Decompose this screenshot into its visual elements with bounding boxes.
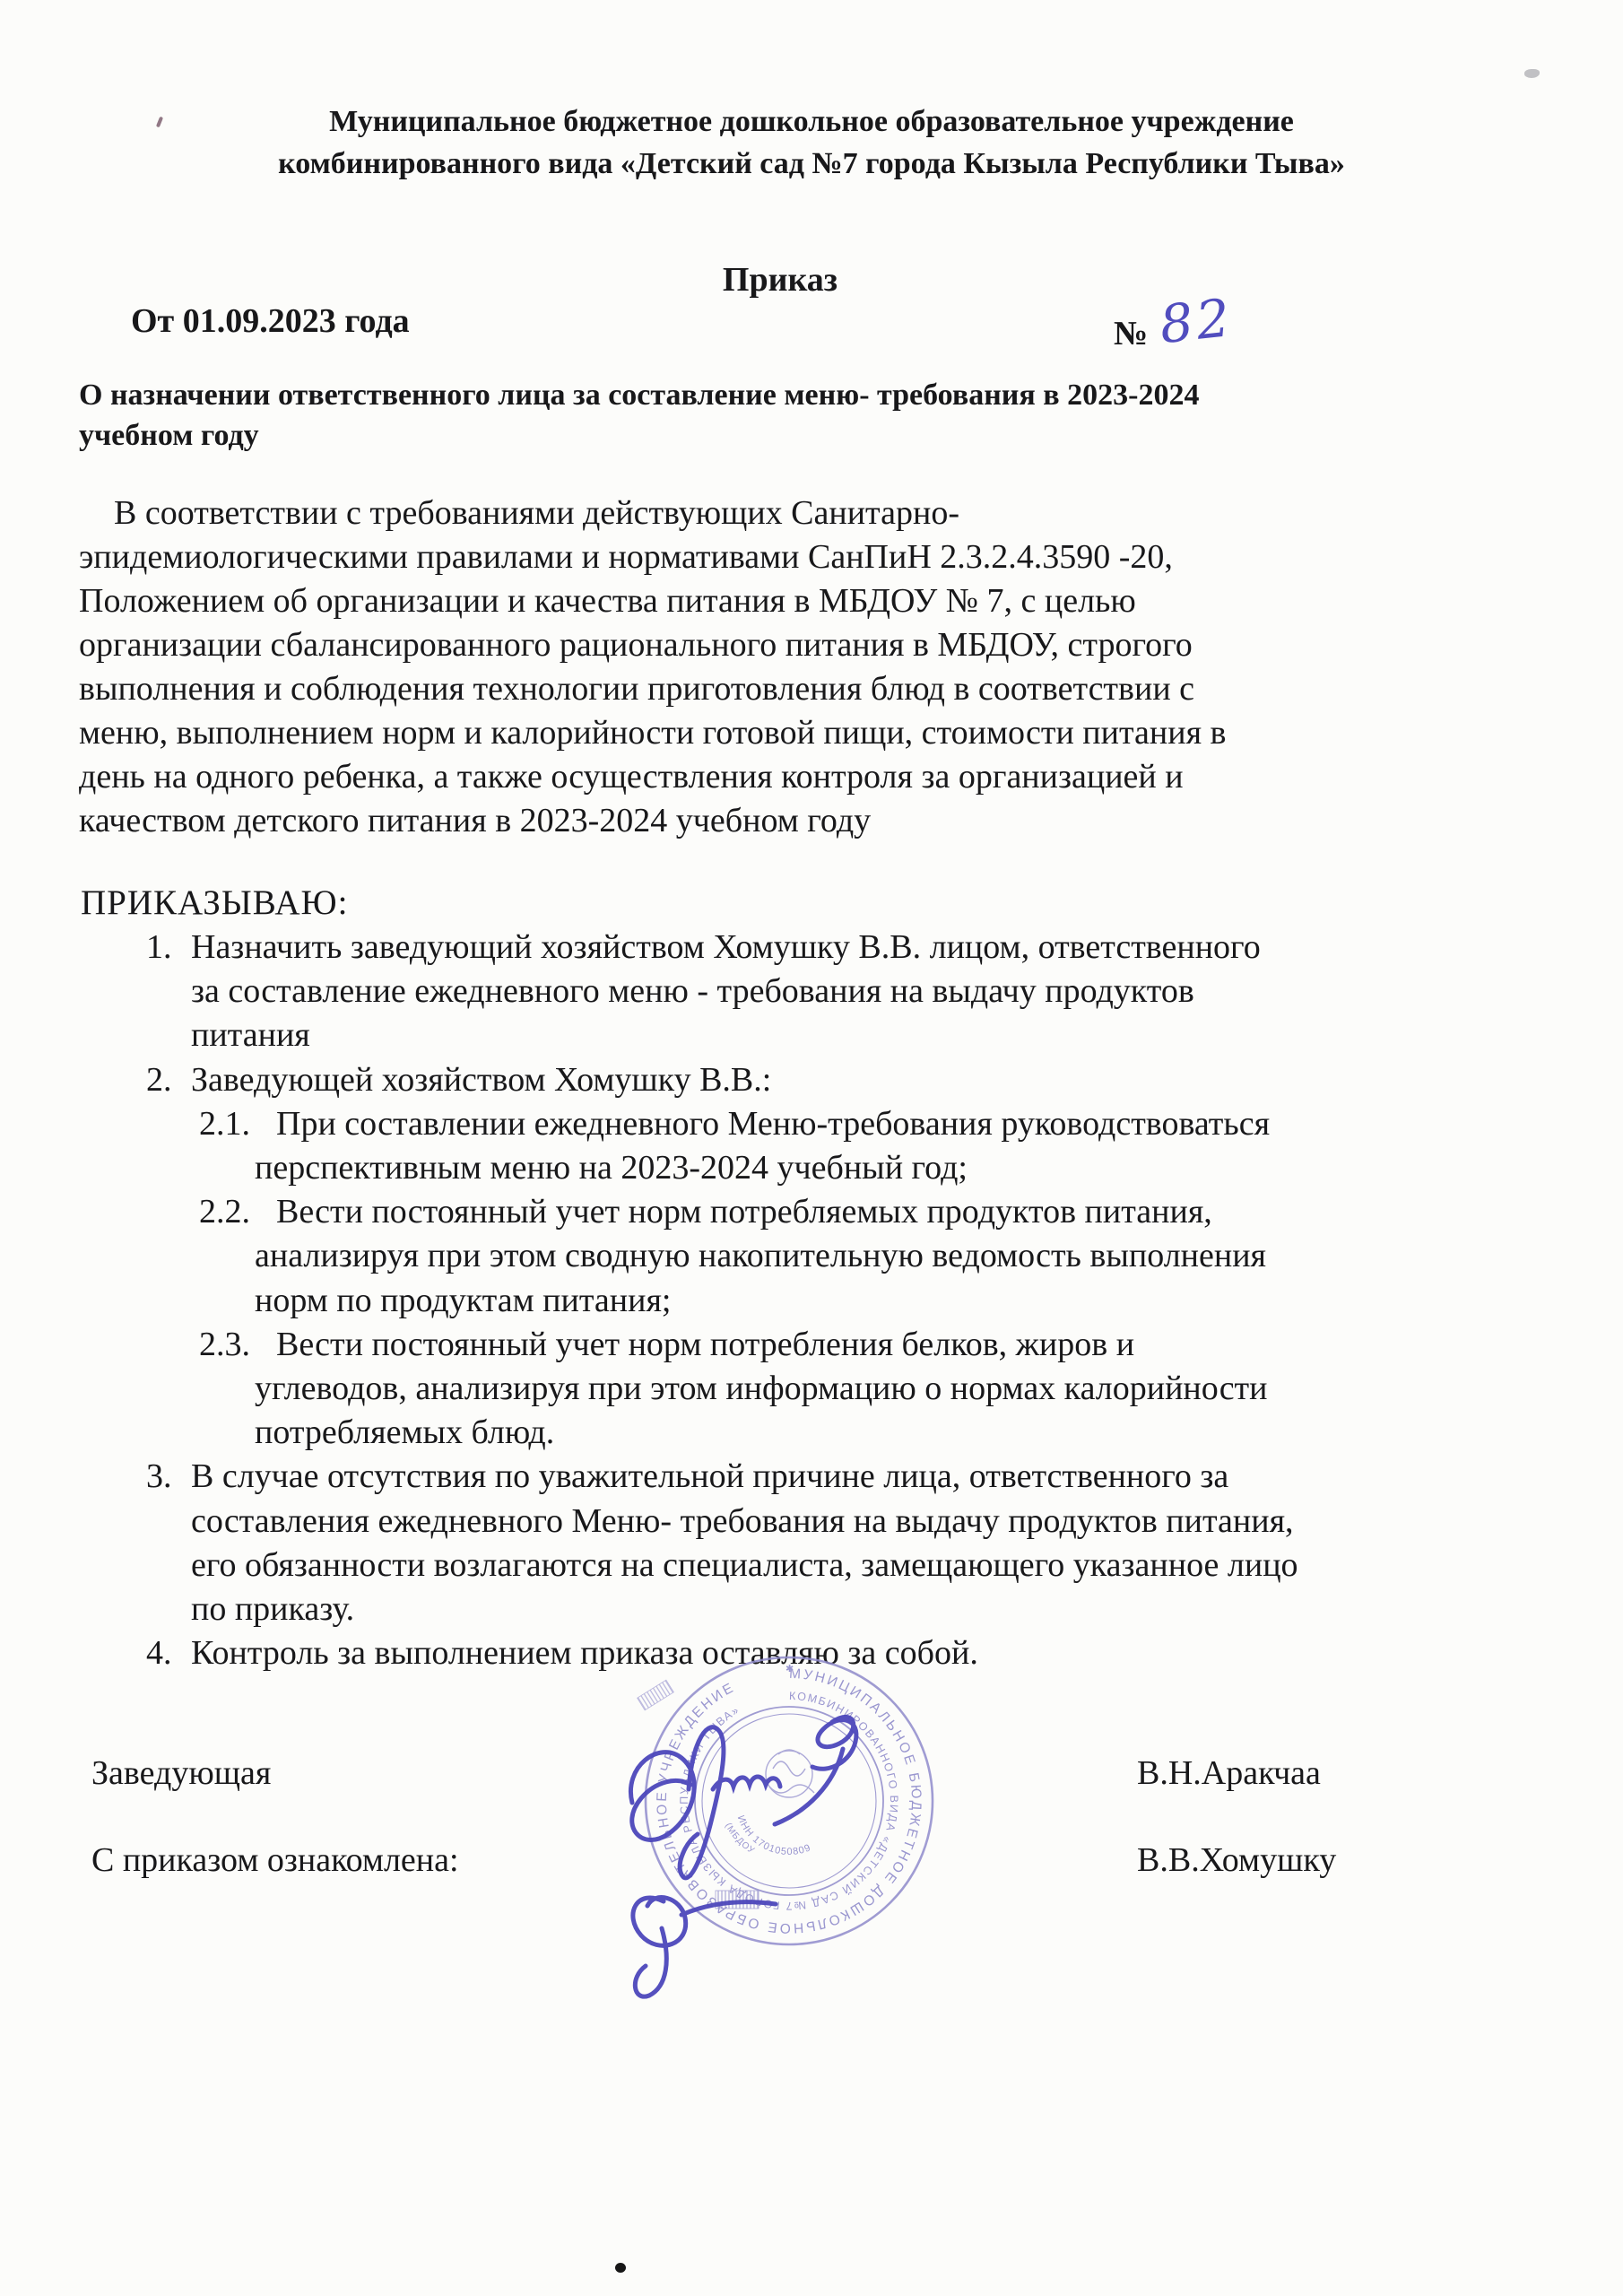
item-number: 2.1. xyxy=(199,1102,276,1146)
preamble-line: меню, выполнением норм и калорийности го… xyxy=(79,711,1227,755)
order-items-list: 1.Назначить заведующий хозяйством Хомушк… xyxy=(0,926,1623,1675)
stamp-hatch-upper xyxy=(638,1680,674,1710)
order-number-handwritten: 82 xyxy=(1157,287,1236,355)
item-text: потребляемых блюд. xyxy=(0,1411,1623,1455)
preamble-line: качеством детского питания в 2023-2024 у… xyxy=(79,799,1227,843)
list-item: 1.Назначить заведующий хозяйством Хомушк… xyxy=(0,926,1623,970)
item-number: 2. xyxy=(146,1058,191,1102)
item-text: норм по продуктам питания; xyxy=(0,1279,1623,1323)
item-text: перспективным меню на 2023-2024 учебный … xyxy=(0,1146,1623,1190)
item-text: Вести постоянный учет норм потребления б… xyxy=(276,1326,1134,1363)
item-number: 1. xyxy=(146,926,191,970)
subject-line2: учебном году xyxy=(79,415,1199,456)
subject-line1: О назначении ответственного лица за сост… xyxy=(79,375,1199,415)
item-text: При составлении ежедневного Меню-требова… xyxy=(276,1105,1270,1143)
institution-name-line2: комбинированного вида «Детский сад №7 го… xyxy=(0,143,1623,185)
order-subject: О назначении ответственного лица за сост… xyxy=(79,375,1199,456)
signature-label-acknowledged: С приказом ознакомлена: xyxy=(91,1840,459,1880)
item-text: анализируя при этом сводную накопительну… xyxy=(0,1234,1623,1278)
item-number: 4. xyxy=(146,1631,191,1675)
scanned-order-document: Муниципальное бюджетное дошкольное образ… xyxy=(0,0,1623,2296)
signature-name-director: В.Н.Аракчаа xyxy=(1137,1753,1321,1793)
scan-speck-gray xyxy=(1524,69,1540,78)
item-text: Вести постоянный учет норм потребляемых … xyxy=(276,1193,1212,1231)
scan-speck-dot xyxy=(615,2263,626,2273)
handwritten-signature-acknowledged xyxy=(633,1898,776,1997)
item-number: 2.2. xyxy=(199,1190,276,1234)
institution-name-line1: Муниципальное бюджетное дошкольное образ… xyxy=(0,100,1623,143)
signature-name-acknowledged: В.В.Хомушку xyxy=(1137,1840,1336,1880)
order-number: №82 xyxy=(1114,296,1234,357)
number-sign: № xyxy=(1114,315,1148,352)
preamble-line: организации сбалансированного рациональн… xyxy=(79,623,1227,667)
preamble-line: В соответствии с требованиями действующи… xyxy=(79,491,1227,535)
item-text: Заведующей хозяйством Хомушку В.В.: xyxy=(191,1061,771,1099)
official-stamp: МУНИЦИПАЛЬНОЕ БЮДЖЕТНОЕ ДОШКОЛЬНОЕ ОБРАЗ… xyxy=(592,1632,968,2009)
resolution-heading: ПРИКАЗЫВАЮ: xyxy=(81,883,348,923)
preamble-line: выполнения и соблюдения технологии приго… xyxy=(79,667,1227,711)
list-item: 2.2.Вести постоянный учет норм потребляе… xyxy=(0,1190,1623,1234)
item-text: углеводов, анализируя при этом информаци… xyxy=(0,1367,1623,1411)
preamble-line: эпидемиологическими правилами и норматив… xyxy=(79,535,1227,579)
item-text: составления ежедневного Меню- требования… xyxy=(0,1500,1623,1544)
list-item: 3.В случае отсутствия по уважительной пр… xyxy=(0,1455,1623,1499)
order-date: От 01.09.2023 года xyxy=(131,301,410,341)
item-number: 2.3. xyxy=(199,1323,276,1367)
item-text: Назначить заведующий хозяйством Хомушку … xyxy=(191,928,1261,966)
item-text: питания xyxy=(0,1013,1623,1057)
signature-label-director: Заведующая xyxy=(91,1753,271,1793)
document-title: Приказ xyxy=(0,260,1560,300)
stamp-inner-ring-text: КОМБИНИРОВАННОГО ВИДА «ДЕТСКИЙ САД №7 ГО… xyxy=(678,1690,900,1912)
preamble-paragraph: В соответствии с требованиями действующи… xyxy=(79,491,1227,843)
list-item: 2.3.Вести постоянный учет норм потреблен… xyxy=(0,1323,1623,1367)
list-item: 2.Заведующей хозяйством Хомушку В.В.: xyxy=(0,1058,1623,1102)
preamble-line: Положением об организации и качества пит… xyxy=(79,579,1227,623)
item-text: В случае отсутствия по уважительной прич… xyxy=(191,1457,1228,1495)
stamp-center-emblem xyxy=(766,1750,814,1797)
item-number: 3. xyxy=(146,1455,191,1499)
list-item: 2.1.При составлении ежедневного Меню-тре… xyxy=(0,1102,1623,1146)
svg-text:КОМБИНИРОВАННОГО ВИДА «ДЕТСКИЙ: КОМБИНИРОВАННОГО ВИДА «ДЕТСКИЙ САД №7 ГО… xyxy=(678,1690,900,1912)
item-text: его обязанности возлагаются на специалис… xyxy=(0,1544,1623,1587)
institution-header: Муниципальное бюджетное дошкольное образ… xyxy=(0,100,1623,185)
item-text: за составление ежедневного меню - требов… xyxy=(0,970,1623,1013)
stamp-separator-star: ✱ xyxy=(785,1664,794,1674)
stamp-hatch-bottom xyxy=(716,1891,759,1909)
preamble-line: день на одного ребенка, а также осуществ… xyxy=(79,755,1227,799)
item-text: по приказу. xyxy=(0,1587,1623,1631)
